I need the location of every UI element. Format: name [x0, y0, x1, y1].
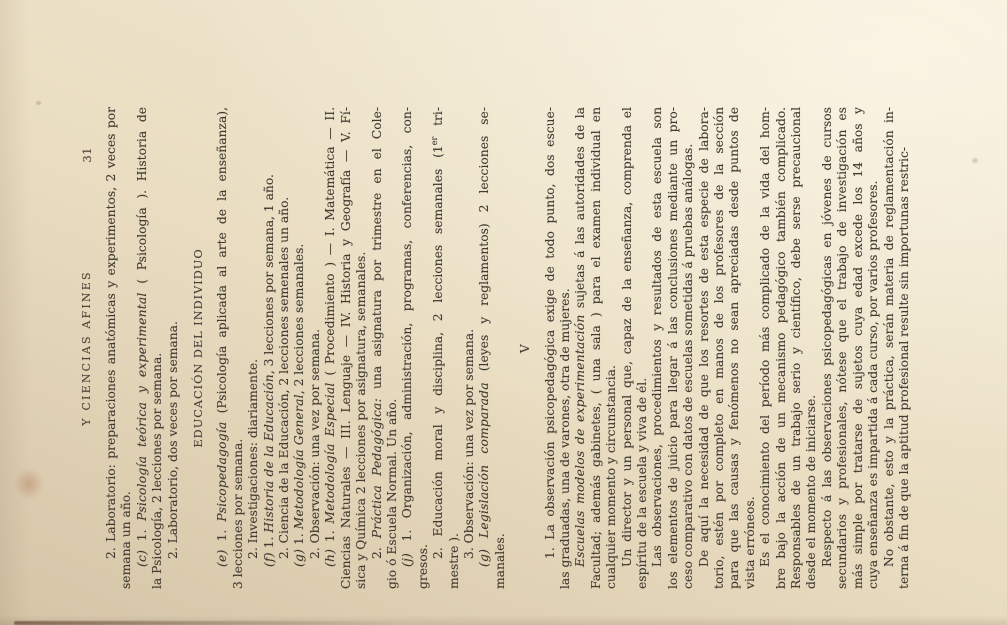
section-heading: V	[518, 107, 533, 589]
text-line: 2. Investigaciones: diariamente.	[246, 107, 261, 589]
text-line: más simple por tratarse de sujetos cuya …	[851, 107, 866, 589]
text-line: las graduadas, una de varones, otra de m…	[558, 107, 573, 589]
text-line: para que las causas y fenómenos no sean …	[727, 107, 742, 589]
text-line: 1. La observación psicopedagógica exige …	[543, 107, 558, 589]
text-line: ceso comparativo con datos de escuelas s…	[681, 107, 696, 589]
text-line: (h) 1. Metodología Especial ( Procedimie…	[323, 107, 338, 589]
text-line: 2. Laboratorio, dos veces por semana.	[166, 107, 181, 589]
text-line: 3 lecciones por semana.	[231, 107, 246, 589]
text-line: bre bajo la acción de un mecanismo pedag…	[774, 107, 789, 589]
text-line: sica y Química 2 lecciones por asignatur…	[354, 107, 369, 589]
running-header: Y CIENCIAS AFINES 31	[80, 107, 96, 589]
text-line: Ciencias Naturales — III. Lenguaje — IV.…	[339, 107, 354, 589]
page-number: 31	[80, 147, 94, 163]
text-line: cuya enseñanza es impartida á cada curso…	[866, 107, 881, 589]
text-line: De aquí la necesidad de que los resortes…	[697, 107, 712, 589]
text-line: Facultad; además gabinetes, ( una sala )…	[589, 107, 604, 589]
text-line: (e) 1. Psicopedagogía (Psicología aplica…	[215, 107, 230, 589]
text-line: gio ó Escuela Normal. Un año.	[385, 107, 400, 589]
text-line: cualquier momento y circunstancia.	[604, 107, 619, 589]
page-text: 2. Laboratorio: preparaciones anatómicas…	[104, 107, 912, 589]
text-line: (g) 1. Metodología General, 2 lecciones …	[292, 107, 307, 589]
text-line: (f) 1. Historia de la Educación, 3 lecci…	[262, 107, 277, 589]
text-line: semana un año.	[119, 107, 134, 589]
text-line: secundarios y profesionales, nótese que …	[835, 107, 850, 589]
text-line: gresos.	[416, 107, 431, 589]
page-content: Y CIENCIAS AFINES 31 2. Laboratorio: pre…	[0, 107, 912, 625]
text-line: manales.	[493, 107, 508, 589]
book-page: Y CIENCIAS AFINES 31 2. Laboratorio: pre…	[0, 0, 1007, 625]
text-line: Responsables de un trabajo serio y cient…	[789, 107, 804, 589]
text-line: 2. Ciencia de la Educación, 2 lecciones …	[277, 107, 292, 589]
text-line: 2. Laboratorio: preparaciones anatómicas…	[104, 107, 119, 589]
running-header-title: Y CIENCIAS AFINES	[80, 270, 93, 425]
text-line: torio, estén por completo en manos de lo…	[712, 107, 727, 589]
text-line: espíritu de la escuela y viva de él.	[635, 107, 650, 589]
section-heading: EDUCACIÓN DEL INDIVIDUO	[191, 107, 206, 589]
text-line: Las observaciones, procedimientos y resu…	[650, 107, 665, 589]
text-line: No obstante, esto y la práctica, serán m…	[882, 107, 897, 589]
text-line: desde el momento de iniciarse.	[804, 107, 819, 589]
text-line: 2. Práctica Pedagógica: una asignatura p…	[370, 107, 385, 589]
text-line: Un director y un personal que, capaz de …	[620, 107, 635, 589]
text-line: (j) 1. Organización, administración, pro…	[400, 107, 415, 589]
text-line: Respecto á las observaciones psicopedagó…	[820, 107, 835, 589]
text-line: Es el conocimiento del período más compl…	[758, 107, 773, 589]
text-line: la Psicología, 2 lecciones por semana.	[150, 107, 165, 589]
text-line: vista erróneos.	[743, 107, 758, 589]
scanned-page: Y CIENCIAS AFINES 31 2. Laboratorio: pre…	[0, 0, 1007, 625]
text-line: los elementos de juicio para llegar á la…	[666, 107, 681, 589]
text-line: 2. Observación: una vez por semana.	[308, 107, 323, 589]
text-line: Escuelas modelos de experimentación suje…	[573, 107, 588, 589]
text-line: terna á fin de que la aptitud profesiona…	[897, 107, 912, 589]
text-line: 3. Observación: una vez por semana.	[462, 107, 477, 589]
text-line: (c) 1. Psicología teórica y experimental…	[135, 107, 150, 589]
text-line: (g) Legislación comparada (leyes y regla…	[477, 107, 492, 589]
text-line: mestre ).	[447, 107, 462, 589]
text-line: 2. Educación moral y disciplina, 2 lecci…	[431, 107, 446, 589]
